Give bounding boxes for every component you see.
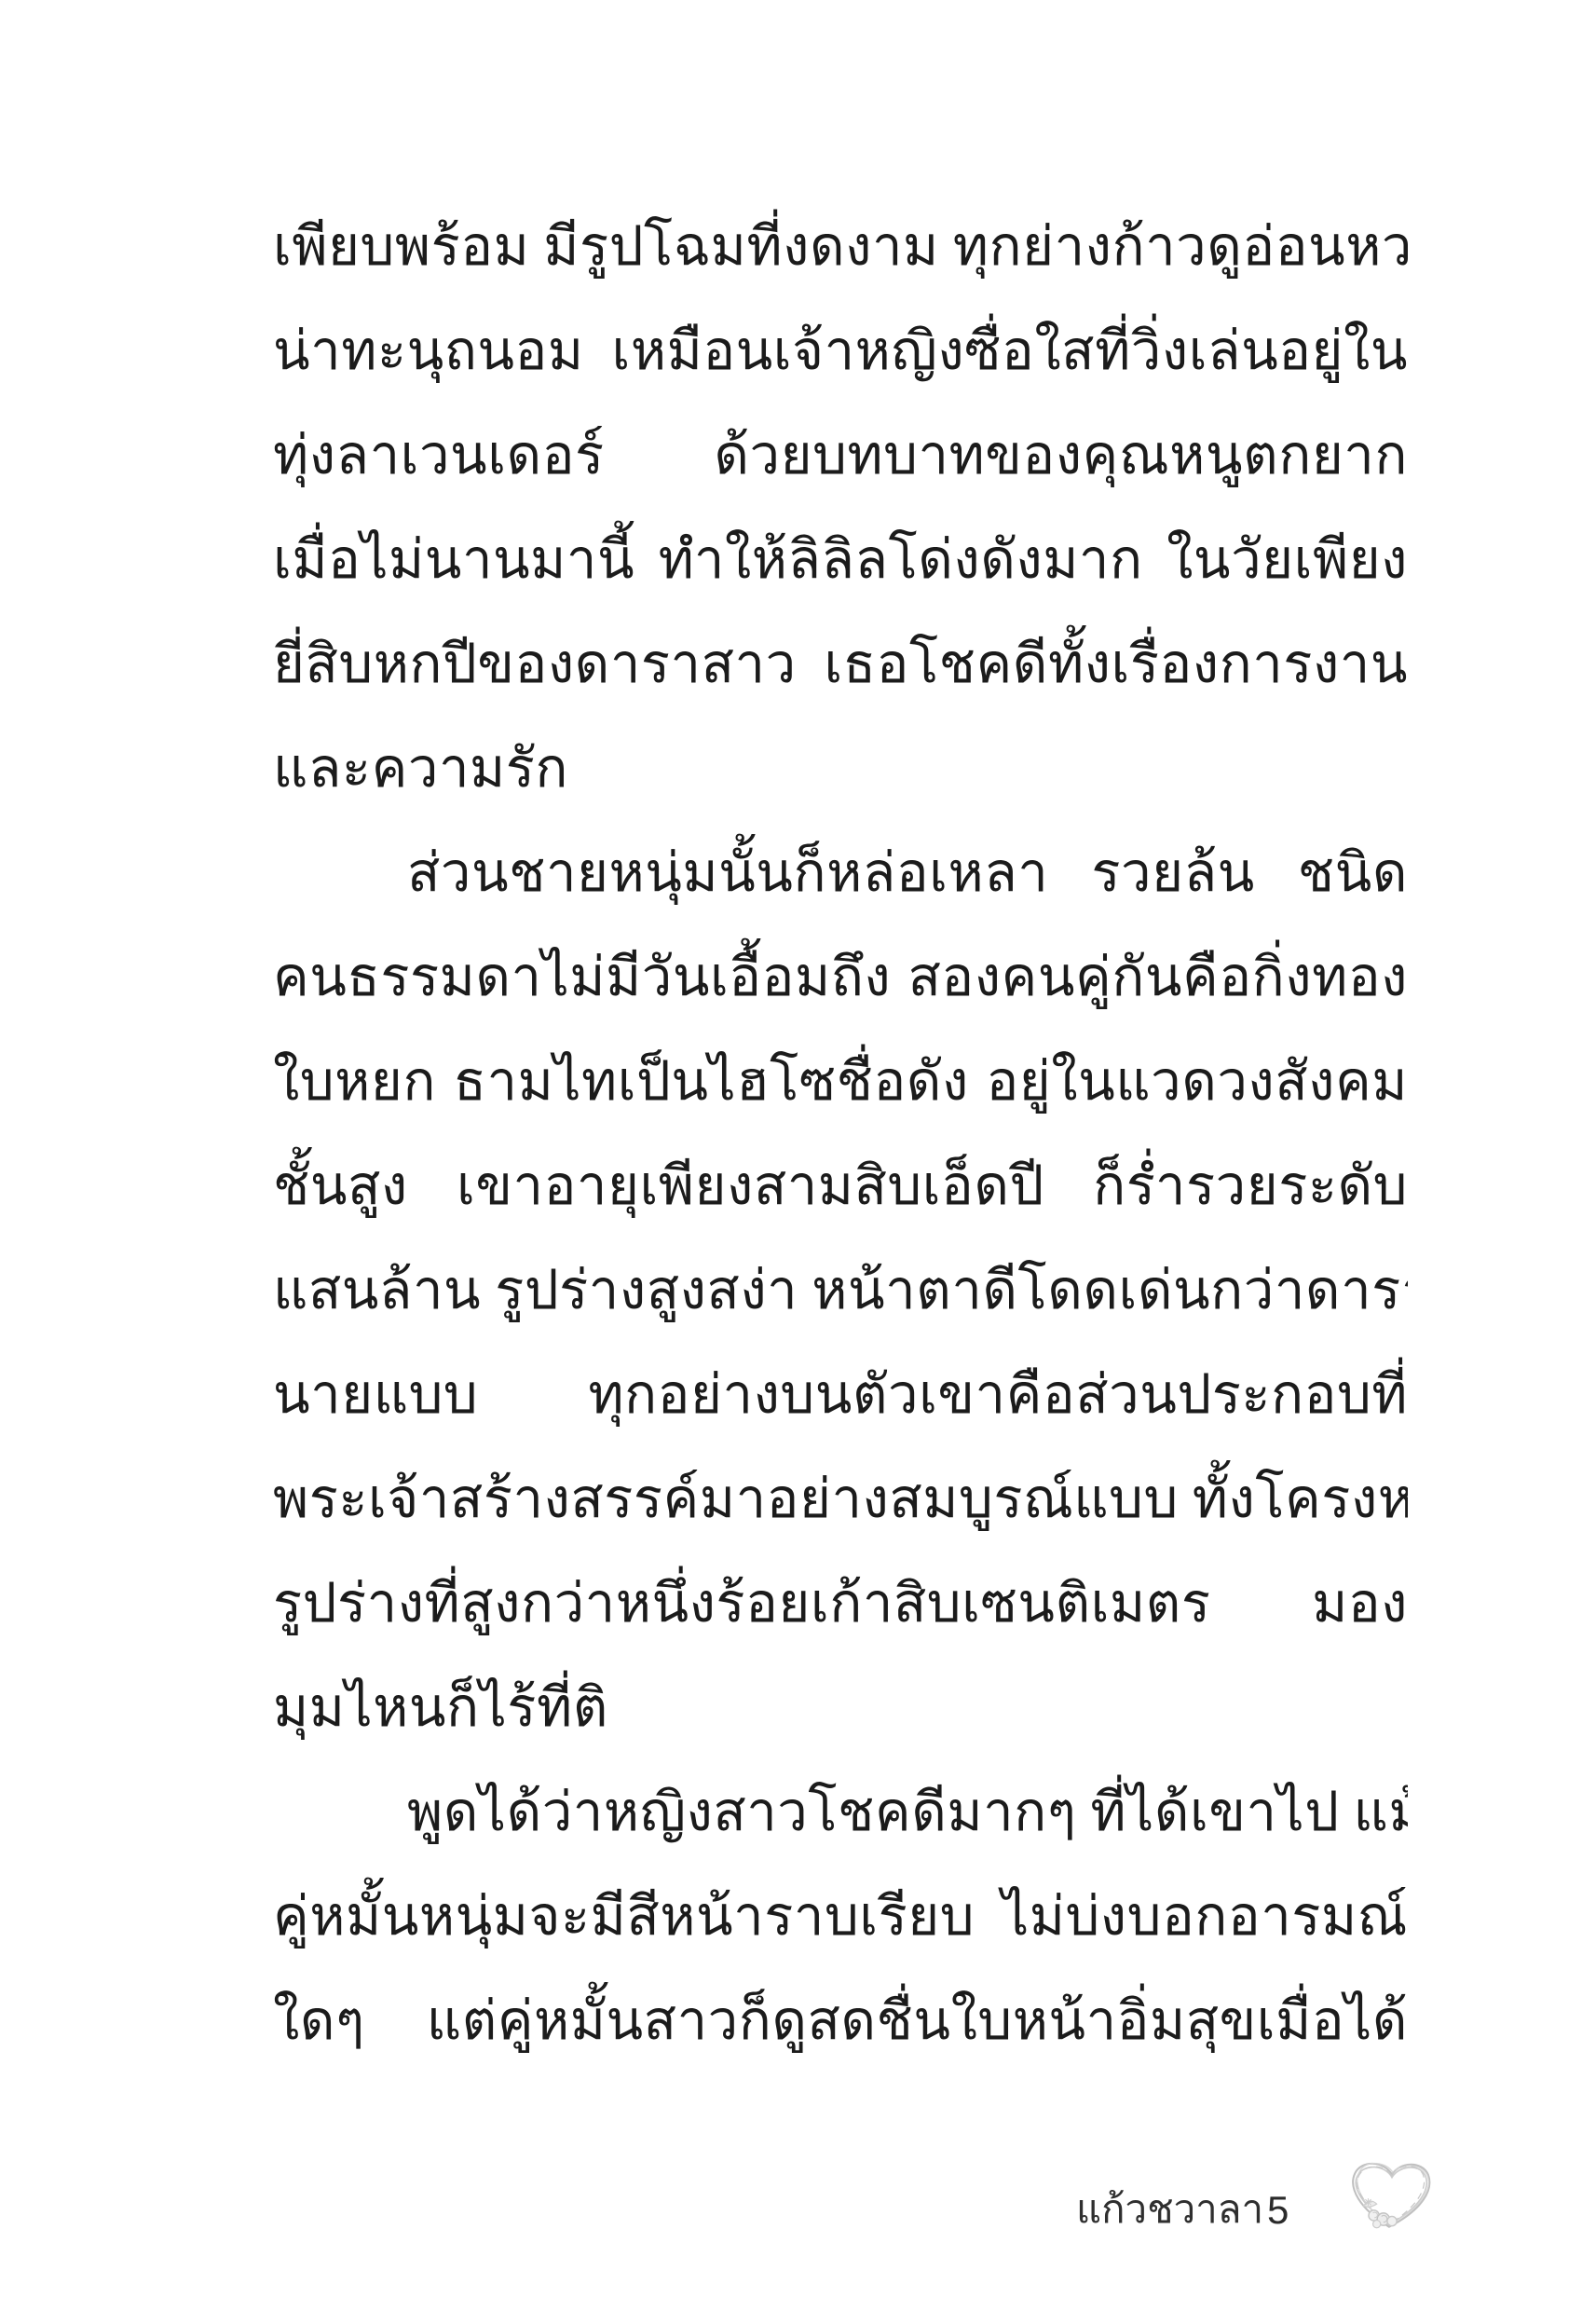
text-line: ใบหยก ธามไทเป็นไฮโซชื่อดัง อยู่ในแวดวงสั… [273,1030,1408,1134]
text-line: น่าทะนุถนอม เหมือนเจ้าหญิงซื่อใสที่วิ่งเ… [273,299,1408,403]
book-page: เพียบพร้อม มีรูปโฉมที่งดงาม ทุกย่างก้าวด… [0,0,1596,2311]
text-line: มุมไหนก็ไร้ที่ติ [273,1656,1408,1760]
text-line: เพียบพร้อม มีรูปโฉมที่งดงาม ทุกย่างก้าวด… [273,195,1408,299]
text-line: และความรัก [273,717,1408,821]
text-line: รูปร่างที่สูงกว่าหนึ่งร้อยเก้าสิบเซนติเม… [273,1552,1408,1656]
text-line: แสนล้าน รูปร่างสูงสง่า หน้าตาดีโดดเด่นกว… [273,1238,1408,1343]
heart-wreath-icon [1347,2158,1437,2233]
text-line: พระเจ้าสร้างสรรค์มาอย่างสมบูรณ์แบบ ทั้งโ… [273,1447,1408,1552]
page-body: เพียบพร้อม มีรูปโฉมที่งดงาม ทุกย่างก้าวด… [273,195,1408,2073]
text-line: ทุ่งลาเวนเดอร์ ด้วยบทบาทของคุณหนูตกยาก [273,403,1408,508]
text-line: ส่วนชายหนุ่มนั้นก็หล่อเหลา รวยล้น ชนิด [273,821,1408,925]
text-line: คนธรรมดาไม่มีวันเอื้อมถึง สองคนคู่กันคือ… [273,925,1408,1030]
text-line: ชั้นสูง เขาอายุเพียงสามสิบเอ็ดปี ก็ร่ำรว… [273,1134,1408,1238]
text-line: พูดได้ว่าหญิงสาวโชคดีมากๆ ที่ได้เขาไป แม… [273,1760,1408,1865]
text-line: คู่หมั้นหนุ่มจะมีสีหน้าราบเรียบ ไม่บ่งบอ… [273,1865,1408,1969]
text-line: ใดๆ แต่คู่หมั้นสาวก็ดูสดชื่นใบหน้าอิ่มสุ… [273,1969,1408,2073]
text-line: เมื่อไม่นานมานี้ ทำให้ลิลิลโด่งดังมาก ใน… [273,508,1408,612]
footer-book-title: แก้วชวาลา [1076,2184,1263,2236]
text-line: นายแบบ ทุกอย่างบนตัวเขาคือส่วนประกอบที่ [273,1343,1408,1447]
footer-page-number: 5 [1267,2186,1289,2235]
text-line: ยี่สิบหกปีของดาราสาว เธอโชคดีทั้งเรื่องก… [273,612,1408,717]
